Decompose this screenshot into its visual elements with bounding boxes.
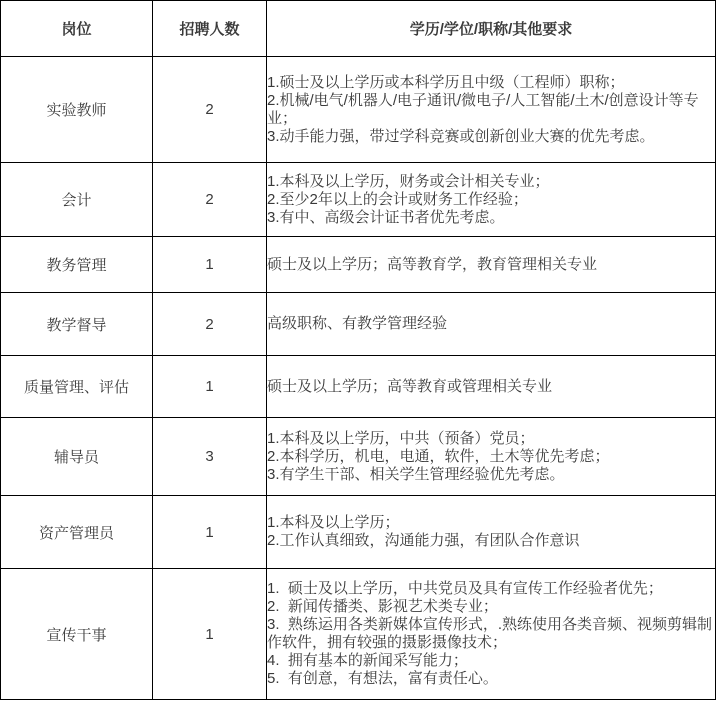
requirements-cell: 1.硕士及以上学历或本科学历且中级（工程师）职称； 2.机械/电气/机器人/电子… (267, 57, 716, 163)
table-row: 质量管理、评估 1 硕士及以上学历；高等教育或管理相关专业 (1, 356, 716, 418)
headcount-cell: 1 (153, 569, 267, 700)
requirements-cell: 硕士及以上学历；高等教育学，教育管理相关专业 (267, 237, 716, 293)
table-row: 实验教师 2 1.硕士及以上学历或本科学历且中级（工程师）职称； 2.机械/电气… (1, 57, 716, 163)
headcount-cell: 2 (153, 163, 267, 237)
requirements-cell: 1.本科及以上学历，财务或会计相关专业； 2.至少2年以上的会计或财务工作经验；… (267, 163, 716, 237)
recruitment-table-page: 岗位 招聘人数 学历/学位/职称/其他要求 实验教师 2 1.硕士及以上学历或本… (0, 0, 716, 704)
recruitment-table: 岗位 招聘人数 学历/学位/职称/其他要求 实验教师 2 1.硕士及以上学历或本… (0, 0, 716, 700)
requirements-cell: 1. 硕士及以上学历，中共党员及具有宣传工作经验者优先； 2. 新闻传播类、影视… (267, 569, 716, 700)
requirements-cell: 1.本科及以上学历，中共（预备）党员； 2.本科学历，机电，电通，软件，土木等优… (267, 418, 716, 496)
position-cell: 质量管理、评估 (1, 356, 153, 418)
headcount-cell: 1 (153, 496, 267, 569)
table-row: 教学督导 2 高级职称、有教学管理经验 (1, 293, 716, 356)
position-cell: 辅导员 (1, 418, 153, 496)
headcount-cell: 1 (153, 356, 267, 418)
table-row: 会计 2 1.本科及以上学历，财务或会计相关专业； 2.至少2年以上的会计或财务… (1, 163, 716, 237)
headcount-cell: 1 (153, 237, 267, 293)
table-row: 资产管理员 1 1.本科及以上学历； 2.工作认真细致，沟通能力强，有团队合作意… (1, 496, 716, 569)
position-cell: 宣传干事 (1, 569, 153, 700)
requirements-cell: 高级职称、有教学管理经验 (267, 293, 716, 356)
position-cell: 实验教师 (1, 57, 153, 163)
headcount-cell: 2 (153, 57, 267, 163)
position-cell: 资产管理员 (1, 496, 153, 569)
table-row: 宣传干事 1 1. 硕士及以上学历，中共党员及具有宣传工作经验者优先； 2. 新… (1, 569, 716, 700)
requirements-cell: 1.本科及以上学历； 2.工作认真细致，沟通能力强，有团队合作意识 (267, 496, 716, 569)
headcount-cell: 3 (153, 418, 267, 496)
position-cell: 会计 (1, 163, 153, 237)
header-count: 招聘人数 (153, 1, 267, 57)
header-position: 岗位 (1, 1, 153, 57)
requirements-cell: 硕士及以上学历；高等教育或管理相关专业 (267, 356, 716, 418)
headcount-cell: 2 (153, 293, 267, 356)
table-header-row: 岗位 招聘人数 学历/学位/职称/其他要求 (1, 1, 716, 57)
position-cell: 教务管理 (1, 237, 153, 293)
table-row: 教务管理 1 硕士及以上学历；高等教育学，教育管理相关专业 (1, 237, 716, 293)
table-row: 辅导员 3 1.本科及以上学历，中共（预备）党员； 2.本科学历，机电，电通，软… (1, 418, 716, 496)
position-cell: 教学督导 (1, 293, 153, 356)
header-requirements: 学历/学位/职称/其他要求 (267, 1, 716, 57)
